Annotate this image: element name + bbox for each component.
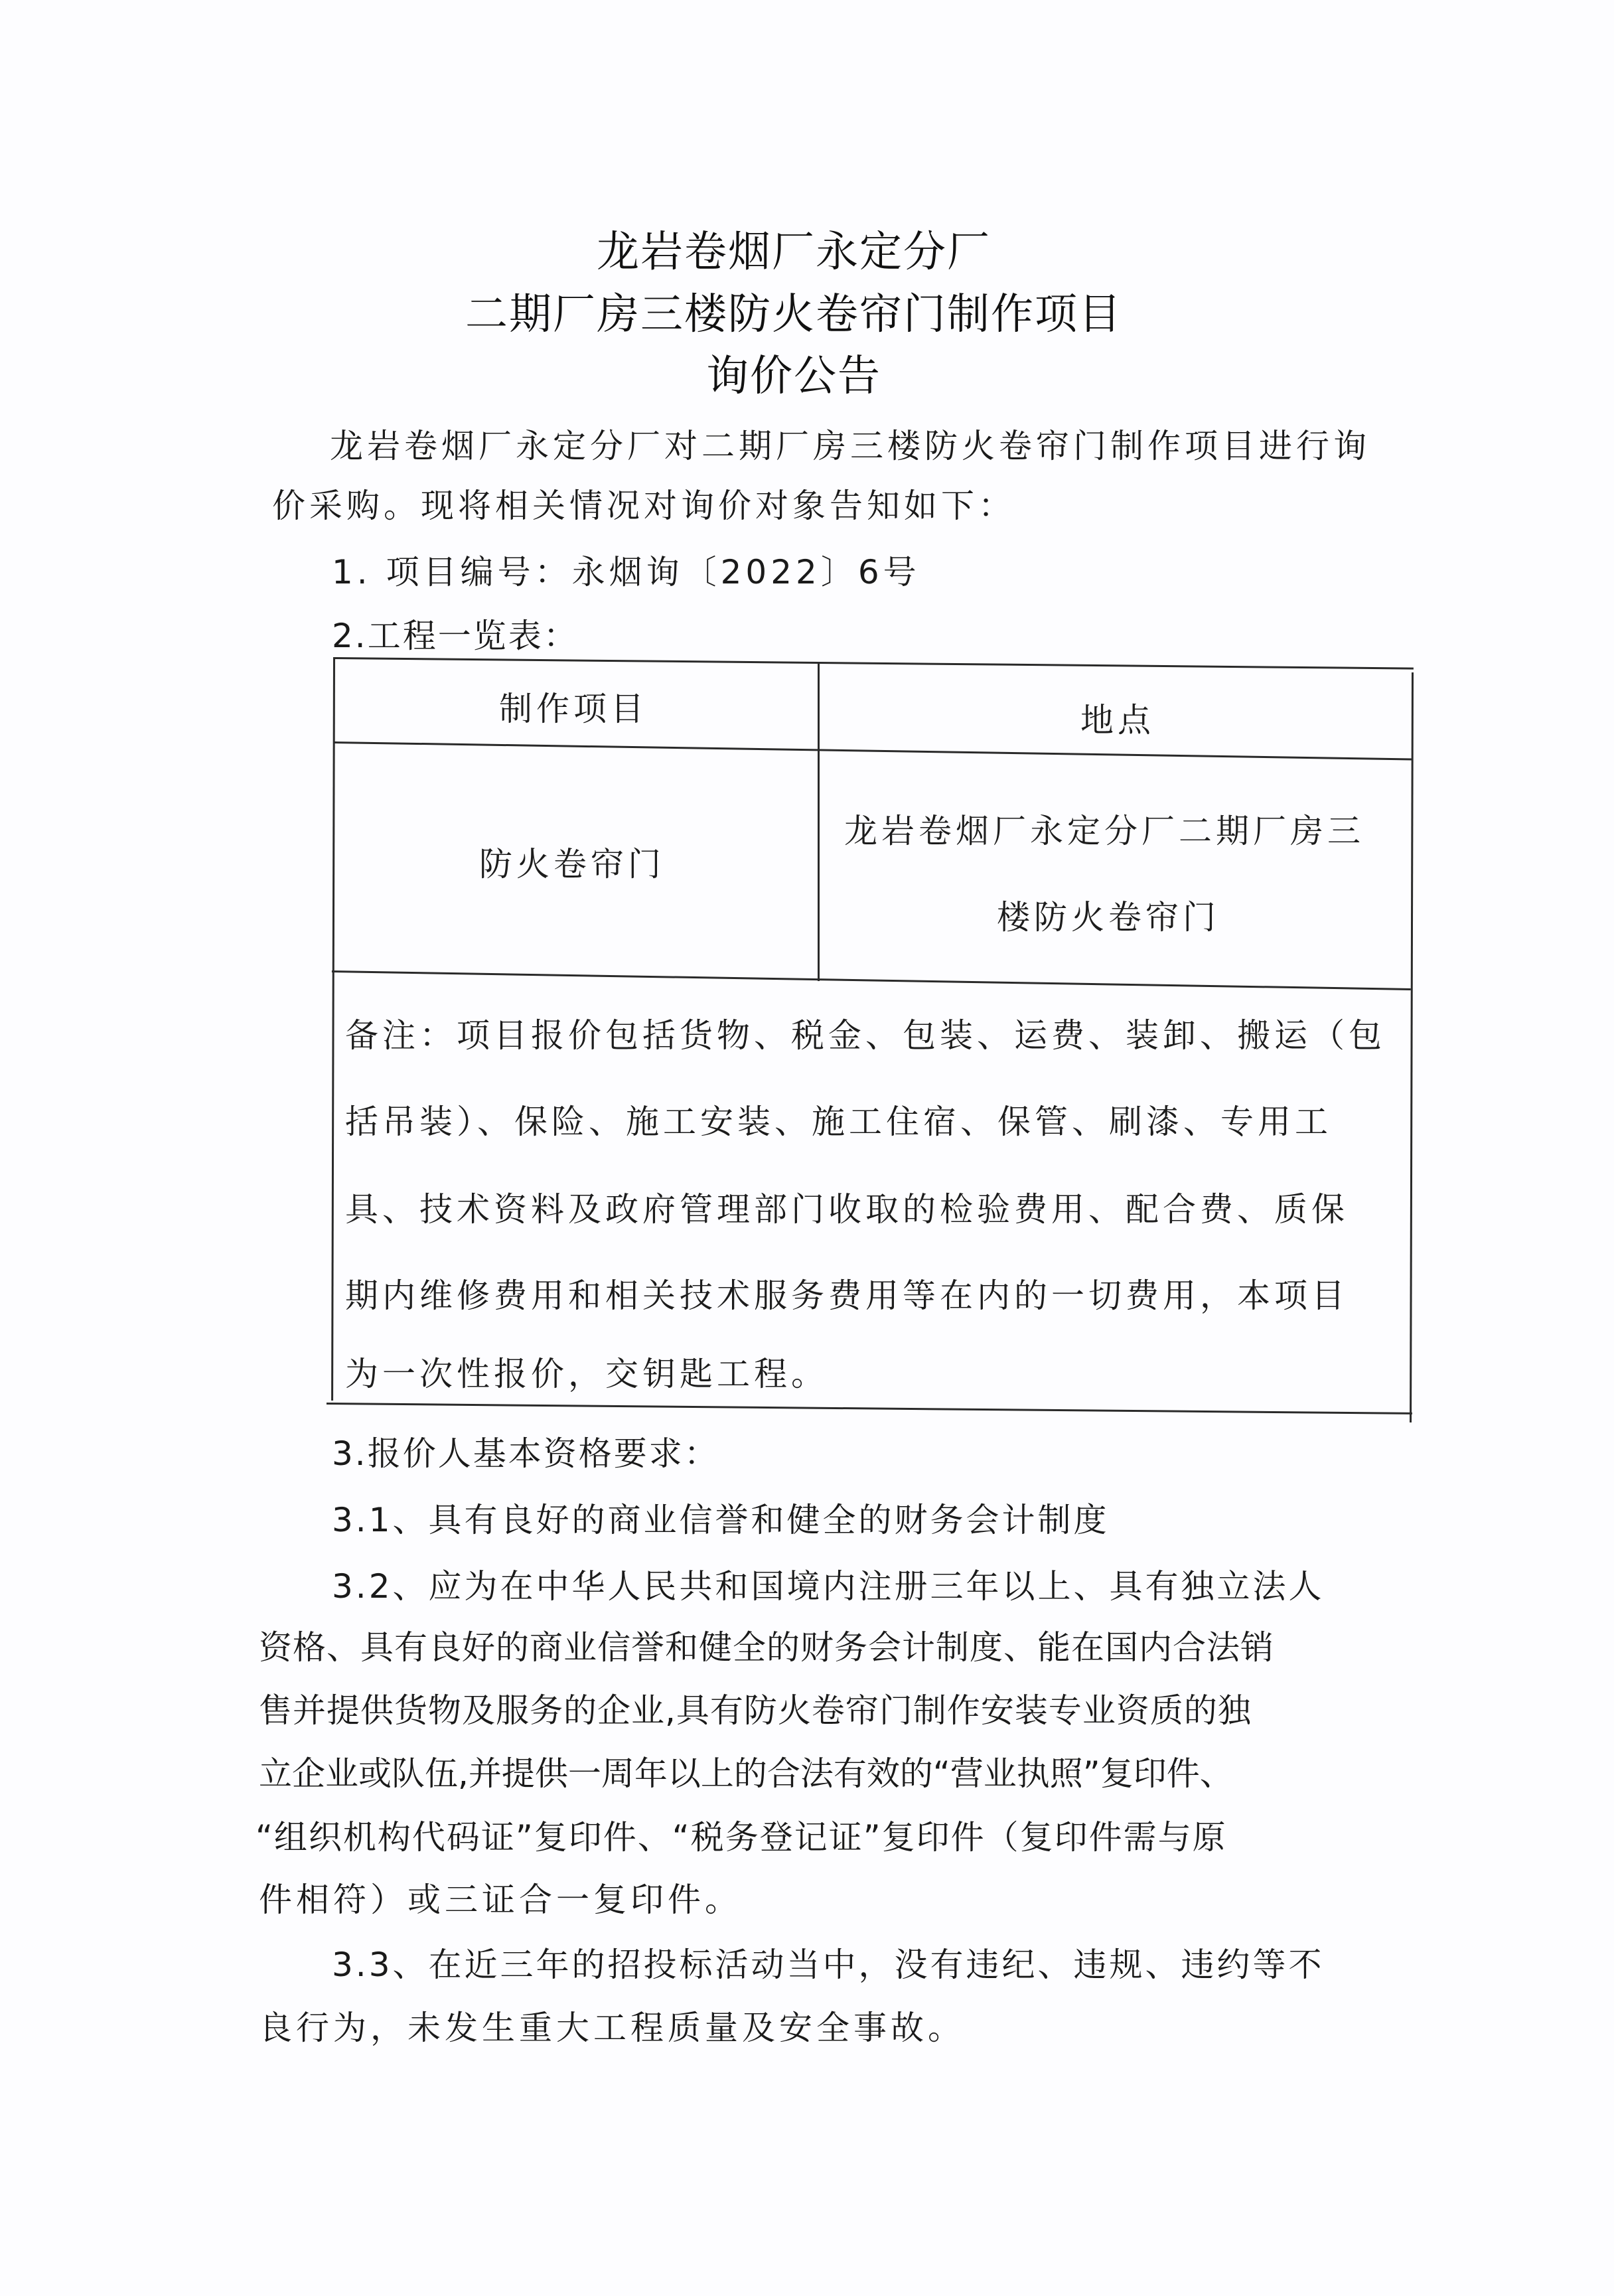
table-cell-location-line-1: 龙岩卷烟厂永定分厂二期厂房三 [844, 804, 1364, 852]
title-line-2: 二期厂房三楼防火卷帘门制作项目 [0, 288, 1601, 341]
table-border-bottom [327, 1403, 1412, 1415]
intro-line-1: 龙岩卷烟厂永定分厂对二期厂房三楼防火卷帘门制作项目进行询 [330, 420, 1370, 467]
table-border-top [334, 657, 1414, 670]
table-cell-item: 防火卷帘门 [479, 838, 665, 885]
requirement-3-2-line-6: 件相符）或三证合一复印件。 [259, 1873, 742, 1921]
table-header-divider [334, 741, 1412, 761]
requirement-3-2-line-3: 售并提供货物及服务的企业,具有防火卷帘门制作安装专业资质的独 [259, 1684, 1252, 1732]
requirement-3-2-line-5: “组织机构代码证”复印件、“税务登记证”复印件（复印件需与原 [256, 1811, 1227, 1859]
document-page: 龙岩卷烟厂永定分厂 二期厂房三楼防火卷帘门制作项目 询价公告 龙岩卷烟厂永定分厂… [0, 0, 1614, 2296]
requirement-3-1: 3.1、具有良好的商业信誉和健全的财务会计制度 [332, 1493, 1110, 1541]
intro-line-2: 价采购。现将相关情况对询价对象告知如下： [272, 479, 1015, 527]
title-line-3: 询价公告 [0, 350, 1601, 403]
table-column-divider [818, 662, 820, 981]
section-2-heading: 2.工程一览表： [332, 609, 579, 657]
table-remark-line-3: 具、技术资料及政府管理部门收取的检验费用、配合费、质保 [345, 1183, 1349, 1231]
requirement-3-3-line-2: 良行为，未发生重大工程质量及安全事故。 [259, 2001, 965, 2049]
table-border-left [331, 657, 335, 1401]
requirement-3-2-line-1: 3.2、应为在中华人民共和国境内注册三年以上、具有独立法人 [332, 1560, 1325, 1608]
table-remark-line-4: 期内维修费用和相关技术服务费用等在内的一切费用，本项目 [345, 1269, 1349, 1317]
table-border-right [1410, 672, 1414, 1422]
requirement-3-2-line-4: 立企业或队伍,并提供一周年以上的合法有效的“营业执照”复印件、 [259, 1747, 1233, 1795]
title-line-1: 龙岩卷烟厂永定分厂 [0, 226, 1601, 279]
table-remark-line-5: 为一次性报价，交钥匙工程。 [345, 1347, 828, 1395]
table-remark-line-1: 备注：项目报价包括货物、税金、包装、运费、装卸、搬运（包 [345, 1009, 1386, 1057]
table-header-location: 地点 [1080, 694, 1155, 741]
table-header-item: 制作项目 [499, 682, 648, 730]
section-3-heading: 3.报价人基本资格要求： [332, 1427, 719, 1475]
table-remark-line-2: 括吊装）、保险、施工安装、施工住宿、保管、刷漆、专用工 [345, 1095, 1332, 1143]
requirement-3-2-line-2: 资格、具有良好的商业信誉和健全的财务会计制度、能在国内合法销 [259, 1621, 1274, 1669]
requirement-3-3-line-1: 3.3、在近三年的招投标活动当中，没有违纪、违规、违约等不 [332, 1938, 1325, 1986]
project-number: 1. 项目编号：永烟询〔2022〕6号 [332, 546, 920, 593]
table-row-divider [332, 970, 1411, 990]
table-cell-location-line-2: 楼防火卷帘门 [997, 891, 1220, 939]
